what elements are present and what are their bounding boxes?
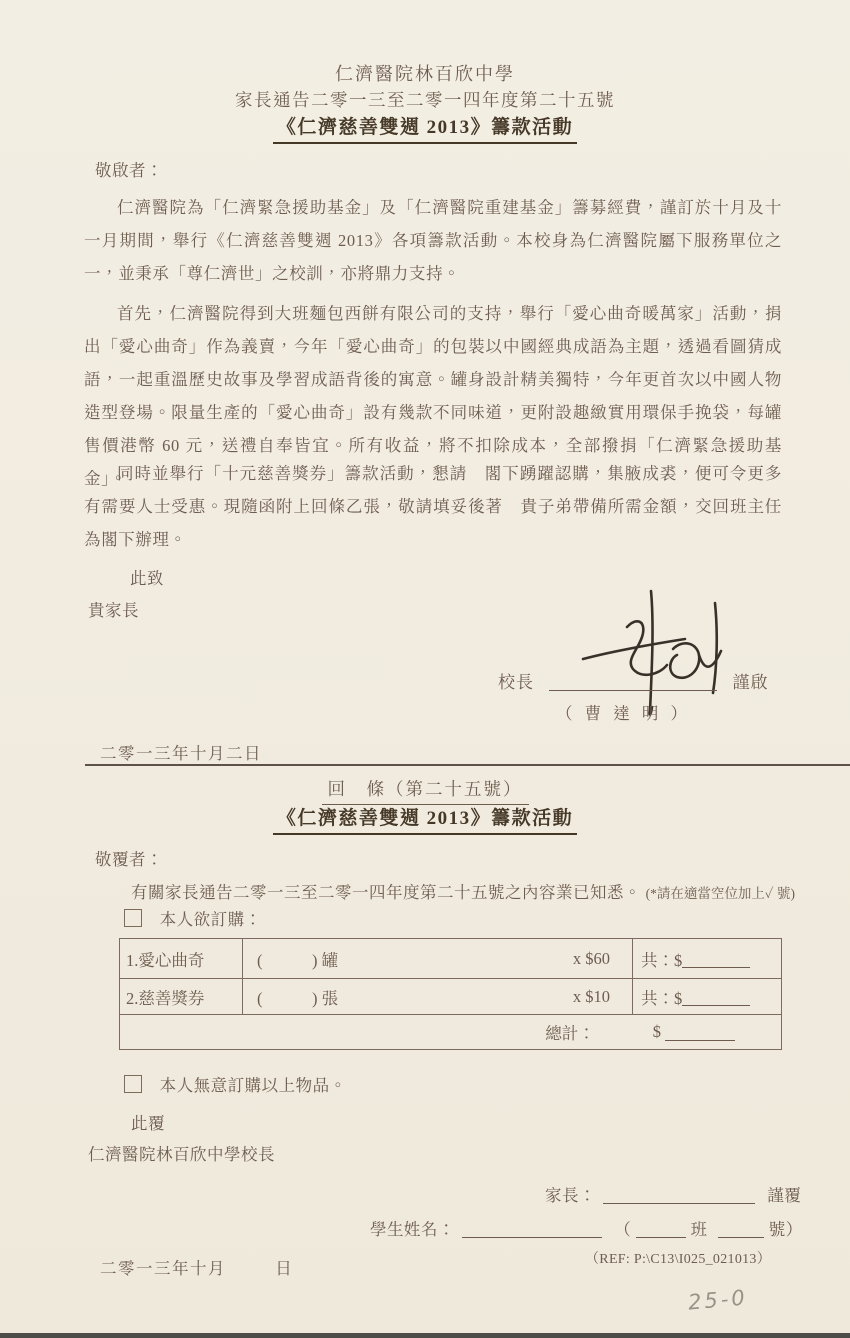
principal-name: （ 曹 達 明 ）	[556, 700, 691, 724]
ref-number: （REF: P:\C13\I025_021013）	[585, 1248, 771, 1268]
letter-date: 二零一三年十月二日	[100, 740, 262, 764]
decline-checkbox[interactable]	[124, 1075, 142, 1093]
unit-price: x $10	[573, 987, 610, 1007]
order-table: 1.愛心曲奇 ( ) 罐 x $60 共：$ 2.慈善獎券 ( ) 張 x $1…	[119, 938, 782, 1050]
reply-date-prefix: 二零一三年十月	[100, 1259, 226, 1278]
principal-line: 校長 謹啟	[498, 668, 769, 693]
table-row-total: 總計： $	[120, 1015, 781, 1049]
order-option-row: 本人欲訂購：	[124, 906, 262, 930]
student-name-label: 學生姓名：	[370, 1220, 455, 1239]
principal-label: 校長	[498, 673, 534, 692]
reply-salutation: 敬覆者：	[95, 846, 163, 870]
school-name: 仁濟醫院林百欣中學	[0, 60, 850, 86]
reply-closing-cifu: 此覆	[131, 1110, 165, 1134]
scan-edge-artifact	[0, 1333, 850, 1338]
class-label: 班	[691, 1220, 708, 1239]
notice-number: 家長通告二零一三至二零一四年度第二十五號	[0, 87, 850, 112]
decline-option-row: 本人無意訂購以上物品。	[124, 1072, 347, 1096]
unit-price: x $60	[573, 949, 610, 969]
number-label: 號）	[769, 1220, 803, 1239]
student-number-blank[interactable]	[718, 1220, 764, 1238]
principal-suffix: 謹啟	[733, 673, 769, 692]
letter-closing-cizhi: 此致	[130, 565, 164, 589]
letter-title: 《仁濟慈善雙週 2013》籌款活動	[273, 112, 577, 144]
reply-date-suffix: 日	[275, 1259, 293, 1278]
subtotal-blank[interactable]	[682, 950, 750, 968]
table-row-cookies: 1.愛心曲奇 ( ) 罐 x $60 共：$	[120, 939, 781, 979]
grand-total-label: 總計：	[545, 1020, 595, 1044]
decline-option-label: 本人無意訂購以上物品。	[160, 1076, 347, 1095]
order-checkbox[interactable]	[124, 909, 142, 927]
reply-heading: 回 條（第二十五號）	[322, 776, 529, 805]
qty-cell[interactable]: ( ) 張 x $10	[243, 979, 633, 1014]
reply-title: 《仁濟慈善雙週 2013》籌款活動	[273, 803, 577, 835]
student-name-line[interactable]	[462, 1220, 602, 1238]
reply-heading-wrap: 回 條（第二十五號）	[0, 776, 850, 805]
acknowledgement-text: 有關家長通告二零一三至二零一四年度第二十五號之內容業已知悉。	[131, 883, 641, 902]
qty-blank[interactable]: ( ) 張	[257, 985, 338, 1009]
parent-suffix: 謹覆	[767, 1186, 801, 1205]
grand-total-blank[interactable]	[665, 1023, 735, 1041]
table-row-raffle: 2.慈善獎券 ( ) 張 x $10 共：$	[120, 979, 781, 1015]
paren-open: （	[614, 1220, 631, 1239]
acknowledgement-line: 有關家長通告二零一三至二零一四年度第二十五號之內容業已知悉。 (*請在適當空位加…	[131, 879, 795, 903]
subtotal-cell[interactable]: 共：$	[633, 985, 781, 1009]
student-name-row: 學生姓名： （ 班 號）	[370, 1216, 803, 1240]
parent-label: 家長：	[545, 1186, 596, 1205]
letter-salutation: 敬啟者：	[95, 157, 163, 181]
dollar-sign: $	[653, 1022, 661, 1042]
section-divider	[85, 764, 850, 766]
subtotal-label: 共：$	[641, 947, 682, 971]
subtotal-label: 共：$	[641, 985, 682, 1009]
item-cell: 2.慈善獎券	[120, 979, 243, 1014]
order-option-label: 本人欲訂購：	[160, 910, 262, 929]
class-blank[interactable]	[636, 1220, 686, 1238]
letter-closing-parents: 貴家長	[88, 597, 139, 621]
letter-title-wrap: 《仁濟慈善雙週 2013》籌款活動	[0, 112, 850, 144]
parent-signature-line[interactable]	[603, 1186, 755, 1204]
subtotal-blank[interactable]	[682, 988, 750, 1006]
qty-cell[interactable]: ( ) 罐 x $60	[243, 939, 633, 978]
handwritten-note: 25-0	[687, 1285, 749, 1314]
parent-signature-row: 家長： 謹覆	[545, 1182, 801, 1206]
letter-paragraph-1: 仁濟醫院為「仁濟緊急援助基金」及「仁濟醫院重建基金」籌募經費，謹訂於十月及十一月…	[84, 191, 782, 290]
reply-title-wrap: 《仁濟慈善雙週 2013》籌款活動	[0, 803, 850, 835]
qty-blank[interactable]: ( ) 罐	[257, 947, 338, 971]
letter-paragraph-3: 同時並舉行「十元慈善獎券」籌款活動，懇請 閣下踴躍認購，集腋成裘，便可令更多有需…	[84, 457, 782, 556]
acknowledgement-note: (*請在適當空位加上✓ 號)	[646, 886, 795, 901]
item-cell: 1.愛心曲奇	[120, 939, 243, 978]
reply-date-row: 二零一三年十月 日	[100, 1255, 293, 1279]
subtotal-cell[interactable]: 共：$	[633, 947, 781, 971]
principal-signature-blank	[549, 673, 717, 691]
reply-closing-school: 仁濟醫院林百欣中學校長	[88, 1141, 275, 1165]
